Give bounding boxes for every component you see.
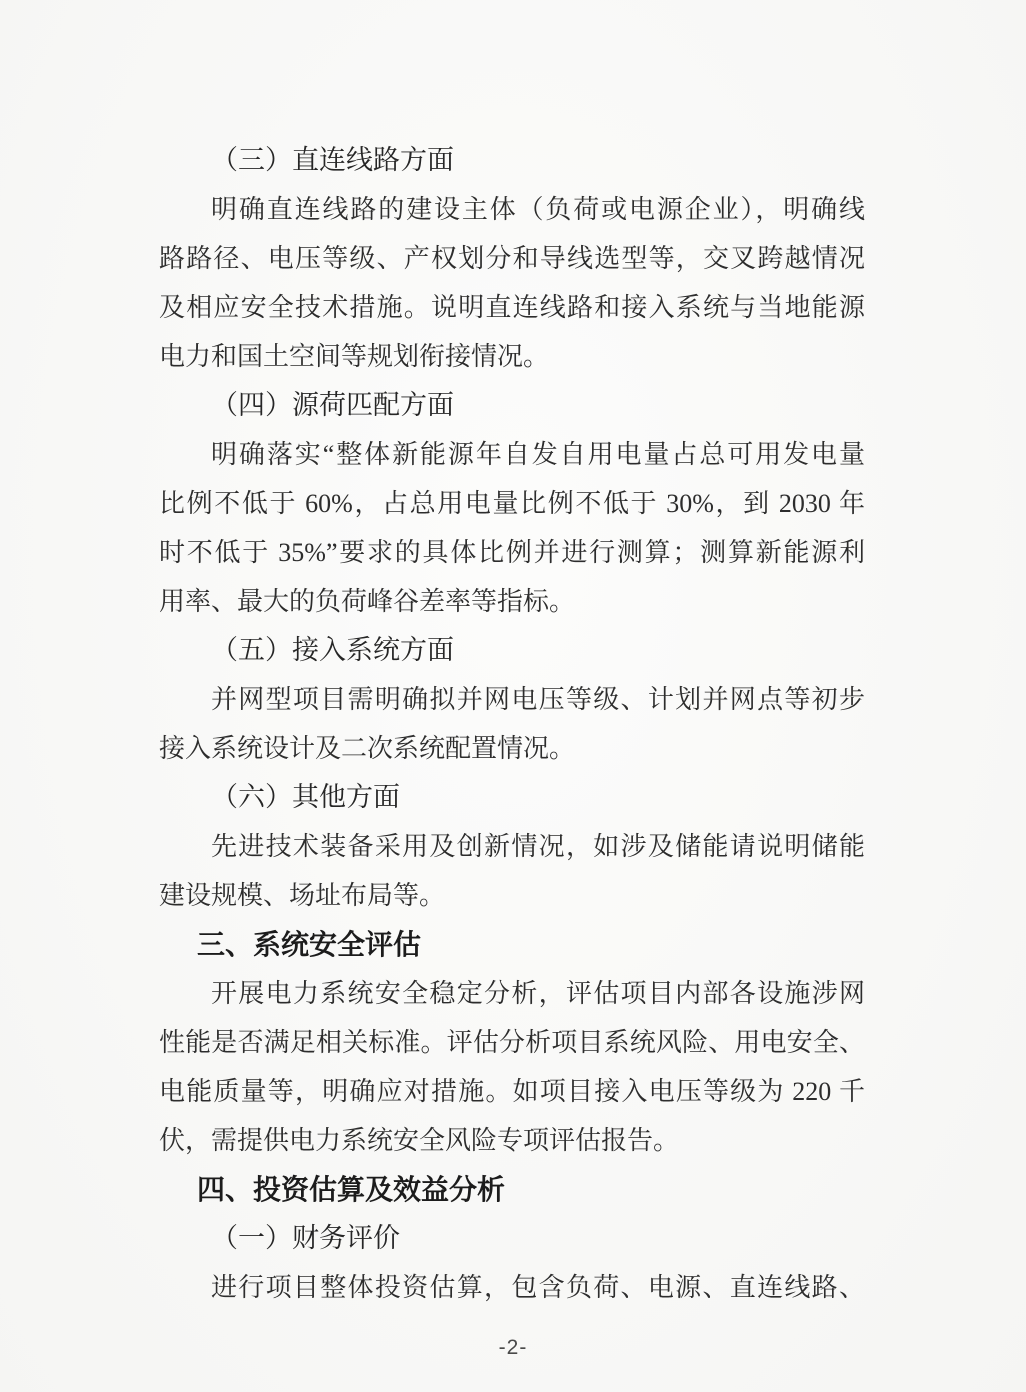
- text-line: 性能是否满足相关标准。评估分析项目系统风险、用电安全、: [159, 1018, 865, 1067]
- document-page: （三）直连线路方面明确直连线路的建设主体（负荷或电源企业），明确线路路径、电压等…: [0, 0, 1026, 1392]
- text-line: 并网型项目需明确拟并网电压等级、计划并网点等初步: [159, 675, 865, 724]
- text-line: 接入系统设计及二次系统配置情况。: [159, 724, 865, 773]
- text-line: 建设规模、场址布局等。: [159, 871, 865, 920]
- section-heading-main: 四、投资估算及效益分析: [159, 1165, 865, 1214]
- section-heading-sub: （五）接入系统方面: [159, 626, 865, 675]
- document-body: （三）直连线路方面明确直连线路的建设主体（负荷或电源企业），明确线路路径、电压等…: [159, 136, 865, 1312]
- page-number: -2-: [0, 1336, 1026, 1360]
- text-line: 电能质量等，明确应对措施。如项目接入电压等级为 220 千: [159, 1067, 865, 1116]
- text-line: 电力和国土空间等规划衔接情况。: [159, 332, 865, 381]
- section-heading-sub: （四）源荷匹配方面: [159, 381, 865, 430]
- text-line: 伏，需提供电力系统安全风险专项评估报告。: [159, 1116, 865, 1165]
- section-heading-sub: （六）其他方面: [159, 773, 865, 822]
- text-line: 路路径、电压等级、产权划分和导线选型等，交叉跨越情况: [159, 234, 865, 283]
- text-line: 先进技术装备采用及创新情况，如涉及储能请说明储能: [159, 822, 865, 871]
- text-line: 明确直连线路的建设主体（负荷或电源企业），明确线: [159, 185, 865, 234]
- section-heading-sub: （一）财务评价: [159, 1214, 865, 1263]
- text-line: 时不低于 35%”要求的具体比例并进行测算；测算新能源利: [159, 528, 865, 577]
- section-heading-sub: （三）直连线路方面: [159, 136, 865, 185]
- text-line: 用率、最大的负荷峰谷差率等指标。: [159, 577, 865, 626]
- text-line: 明确落实“整体新能源年自发自用电量占总可用发电量: [159, 430, 865, 479]
- text-line: 进行项目整体投资估算，包含负荷、电源、直连线路、: [159, 1263, 865, 1312]
- section-heading-main: 三、系统安全评估: [159, 920, 865, 969]
- text-line: 及相应安全技术措施。说明直连线路和接入系统与当地能源: [159, 283, 865, 332]
- text-line: 比例不低于 60%，占总用电量比例不低于 30%，到 2030 年: [159, 479, 865, 528]
- text-line: 开展电力系统安全稳定分析，评估项目内部各设施涉网: [159, 969, 865, 1018]
